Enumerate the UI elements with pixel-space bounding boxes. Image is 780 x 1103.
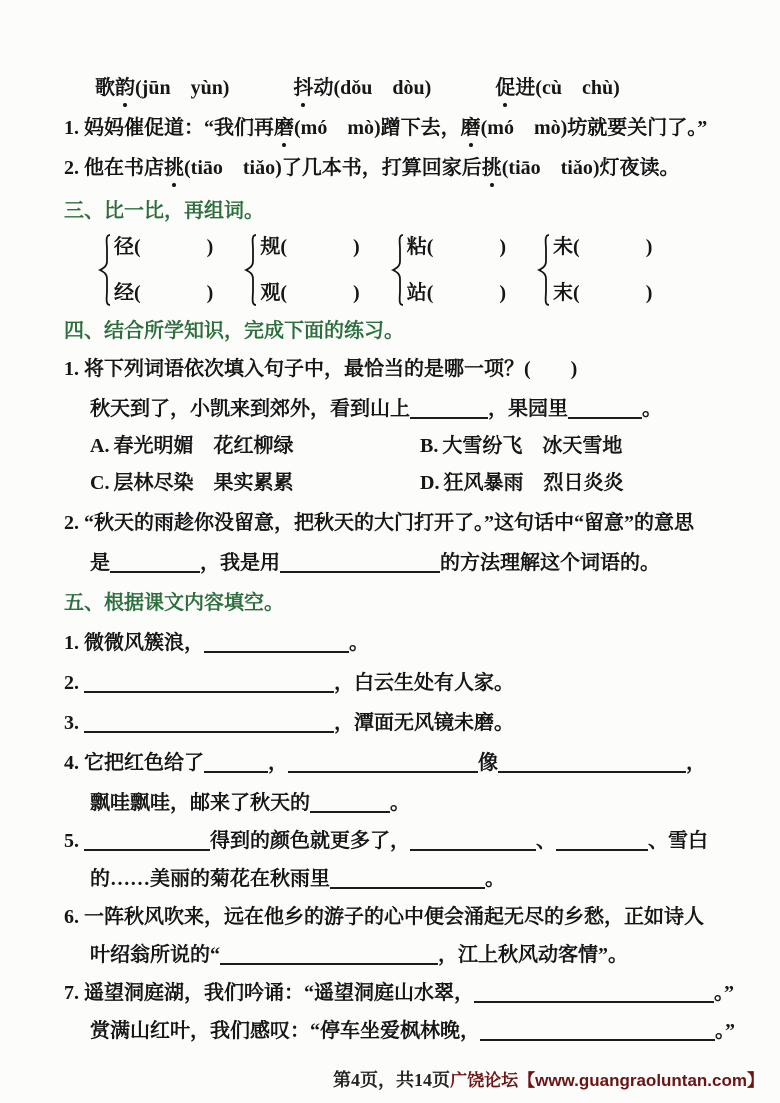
fill-item-7-line-1: 7.遥望洞庭湖，我们吟诵：“遥望洞庭山水翠，。” xyxy=(64,980,750,1006)
option-label: B. xyxy=(420,433,438,459)
option-text: 大雪纷飞 冰天雪地 xyxy=(442,435,622,457)
fill-item-5-line-1: 5.得到的颜色就更多了，、、雪白 xyxy=(64,828,750,854)
sentence-text: ，江上秋风动客情”。 xyxy=(438,944,628,966)
item-number: 3. xyxy=(64,710,79,736)
section-4-heading: 四、结合所学知识，完成下面的练习。 xyxy=(64,318,750,344)
word-char: 规 xyxy=(260,236,280,258)
dotted-char: 磨 xyxy=(461,115,481,141)
item-number: 1. xyxy=(64,115,79,141)
sentence-text: 。” xyxy=(714,982,734,1004)
blank-underline xyxy=(498,751,686,773)
blank-underline xyxy=(84,829,210,851)
pinyin-options: (jūn yùn) xyxy=(135,77,229,99)
blank-underline xyxy=(556,829,648,851)
paren-open: ( xyxy=(134,236,141,258)
option-b: B.大雪纷飞 冰天雪地 xyxy=(420,435,622,457)
option-label: D. xyxy=(420,470,439,496)
paren-open: ( xyxy=(427,282,434,304)
sentence-text: 。 xyxy=(349,632,369,654)
section-5-heading: 五、根据课文内容填空。 xyxy=(64,590,750,616)
word-char: 粘 xyxy=(407,236,427,258)
item-number: 2. xyxy=(64,510,79,536)
option-c: C.层林尽染 果实累累 xyxy=(90,470,415,496)
brace-icon xyxy=(390,233,404,307)
dotted-char: 韵 xyxy=(115,75,135,101)
question-1-fill-sentence: 秋天到了，小凯来到郊外，看到山上，果园里。 xyxy=(64,396,750,422)
blank-underline xyxy=(474,981,714,1003)
item-number: 5. xyxy=(64,828,79,854)
fill-item-4-line-1: 4.它把红色给了，像， xyxy=(64,750,750,776)
sentence-text: ， xyxy=(686,752,706,774)
word-char: 末 xyxy=(553,282,573,304)
pinyin-options: (cù chù) xyxy=(535,77,619,99)
paren-open: ( xyxy=(134,282,141,304)
word-pair-group: 规() 观() xyxy=(243,232,359,308)
fill-item-5-line-2: 的……美丽的菊花在秋雨里。 xyxy=(64,866,750,892)
paren-close: ) xyxy=(353,236,360,258)
item-number: 1. xyxy=(64,630,79,656)
sentence-text: ，潭面无风镜未磨。 xyxy=(334,712,514,734)
word-char: 观 xyxy=(260,282,280,304)
sentence-text: 遥望洞庭湖，我们吟诵：“遥望洞庭山水翠， xyxy=(84,982,474,1004)
fill-item-7-line-2: 赏满山红叶，我们感叹：“停车坐爱枫林晚，。” xyxy=(64,1018,750,1044)
fill-item-2: 2.，白云生处有人家。 xyxy=(64,670,750,696)
paren-close: ) xyxy=(207,282,214,304)
paren-close: ) xyxy=(646,282,653,304)
option-text: 狂风暴雨 烈日炎炎 xyxy=(443,472,623,494)
brace-icon xyxy=(97,233,111,307)
option-a: A.春光明媚 花红柳绿 xyxy=(90,433,415,459)
word-char: 动 xyxy=(313,77,333,99)
paren-close: ) xyxy=(499,282,506,304)
sentence-text: 是 xyxy=(90,552,110,574)
fill-item-4-line-2: 飘哇飘哇，邮来了秋天的。 xyxy=(64,790,750,816)
brace-icon xyxy=(536,233,550,307)
word-char: 未 xyxy=(553,236,573,258)
word-pair-group: 未() 末() xyxy=(536,232,652,308)
sentence-text: 一阵秋风吹来，远在他乡的游子的心中便会涌起无尽的乡愁，正如诗人 xyxy=(84,906,704,928)
blank-underline xyxy=(568,397,642,419)
blank-underline xyxy=(204,751,268,773)
sentence-text: ，白云生处有人家。 xyxy=(334,672,514,694)
word-char: 歌 xyxy=(95,77,115,99)
sentence-text: 赏满山红叶，我们感叹：“停车坐爱枫林晚， xyxy=(90,1020,480,1042)
options-row-cd: C.层林尽染 果实累累 D.狂风暴雨 烈日炎炎 xyxy=(64,470,750,496)
blank-underline xyxy=(410,397,488,419)
blank-underline xyxy=(288,751,478,773)
paren-close: ) xyxy=(499,236,506,258)
dotted-char: 挑 xyxy=(482,155,502,181)
word-char: 站 xyxy=(407,282,427,304)
option-d: D.狂风暴雨 烈日炎炎 xyxy=(420,472,623,494)
paren-open: ( xyxy=(573,282,580,304)
blank-underline xyxy=(204,631,349,653)
section-3-heading: 三、比一比，再组词。 xyxy=(64,198,750,224)
question-text: 将下列词语依次填入句子中，最恰当的是哪一项？( ) xyxy=(84,358,577,380)
sentence-text: 。 xyxy=(642,398,662,420)
page-number: 第4页，共14页 xyxy=(333,1066,450,1092)
paren-open: ( xyxy=(427,236,434,258)
pinyin-sentence-2: 2.他在书店挑(tiāo tiǎo)了几本书，打算回家后挑(tiāo tiǎo)… xyxy=(64,155,750,181)
paren-open: ( xyxy=(573,236,580,258)
sentence-text: 他在书店 xyxy=(84,157,164,179)
pinyin-word: 促进(cù chù) xyxy=(495,75,619,101)
dotted-char: 磨 xyxy=(274,115,294,141)
blank-underline xyxy=(310,791,390,813)
dotted-char: 抖 xyxy=(293,75,313,101)
item-number: 2. xyxy=(64,155,79,181)
brace-icon xyxy=(243,233,257,307)
pinyin-word-row: 歌韵(jūn yùn) 抖动(dǒu dòu) 促进(cù chù) xyxy=(95,75,750,101)
pinyin-options: (dǒu dòu) xyxy=(333,77,431,99)
word-pair-section: 径() 经() 规() 观() 粘() 站() xyxy=(97,232,750,308)
sentence-text: 。 xyxy=(485,868,505,890)
blank-underline xyxy=(84,711,334,733)
sentence-text: 像 xyxy=(478,752,498,774)
option-text: 春光明媚 花红柳绿 xyxy=(113,435,293,457)
option-label: A. xyxy=(90,433,109,459)
sentence-text: (tiāo tiǎo)灯夜读。 xyxy=(502,157,680,179)
dotted-char: 促 xyxy=(495,75,515,101)
dotted-char: 挑 xyxy=(164,155,184,181)
sentence-text: (tiāo tiǎo)了几本书，打算回家后 xyxy=(184,157,482,179)
question-1: 1.将下列词语依次填入句子中，最恰当的是哪一项？( ) xyxy=(64,356,750,382)
worksheet-page: 歌韵(jūn yùn) 抖动(dǒu dòu) 促进(cù chù) 1.妈妈催… xyxy=(0,0,780,1103)
forum-watermark: 广饶论坛【www.guangraoluntan.com】 xyxy=(450,1066,764,1091)
paren-open: ( xyxy=(280,282,287,304)
item-number: 1. xyxy=(64,356,79,382)
pinyin-word: 抖动(dǒu dòu) xyxy=(293,75,431,101)
item-number: 2. xyxy=(64,670,79,696)
item-number: 7. xyxy=(64,980,79,1006)
sentence-text: 的……美丽的菊花在秋雨里 xyxy=(90,868,330,890)
blank-underline xyxy=(110,551,200,573)
blank-underline xyxy=(84,671,334,693)
sentence-text: ，我是用 xyxy=(200,552,280,574)
sentence-text: 的方法理解这个词语的。 xyxy=(440,552,660,574)
pinyin-word: 歌韵(jūn yùn) xyxy=(95,75,229,101)
pinyin-sentence-1: 1.妈妈催促道：“我们再磨(mó mò)蹭下去，磨(mó mò)坊就要关门了。” xyxy=(64,115,750,141)
fill-item-1: 1.微微风簇浪，。 xyxy=(64,630,750,656)
sentence-text: 、雪白 xyxy=(648,830,708,852)
worksheet-content: 歌韵(jūn yùn) 抖动(dǒu dòu) 促进(cù chù) 1.妈妈催… xyxy=(0,0,780,1044)
item-number: 4. xyxy=(64,750,79,776)
fill-item-3: 3.，潭面无风镜未磨。 xyxy=(64,710,750,736)
fill-item-6-line-2: 叶绍翁所说的“，江上秋风动客情”。 xyxy=(64,942,750,968)
item-number: 6. xyxy=(64,904,79,930)
blank-underline xyxy=(410,829,536,851)
word-char: 径 xyxy=(114,236,134,258)
sentence-text: (mó mò)蹭下去， xyxy=(294,117,461,139)
word-char: 进 xyxy=(515,77,535,99)
sentence-text: 、 xyxy=(536,830,556,852)
sentence-text: (mó mò)坊就要关门了。” xyxy=(481,117,708,139)
sentence-text: 它把红色给了 xyxy=(84,752,204,774)
option-text: 层林尽染 果实累累 xyxy=(113,472,293,494)
paren-close: ) xyxy=(353,282,360,304)
paren-close: ) xyxy=(207,236,214,258)
blank-underline xyxy=(280,551,440,573)
option-label: C. xyxy=(90,470,109,496)
sentence-text: 飘哇飘哇，邮来了秋天的 xyxy=(90,792,310,814)
fill-item-6-line-1: 6.一阵秋风吹来，远在他乡的游子的心中便会涌起无尽的乡愁，正如诗人 xyxy=(64,904,750,930)
word-pair-group: 粘() 站() xyxy=(390,232,506,308)
word-char: 经 xyxy=(114,282,134,304)
question-2-line-1: 2.“秋天的雨趁你没留意，把秋天的大门打开了。”这句话中“留意”的意思 xyxy=(64,510,750,536)
question-text: “秋天的雨趁你没留意，把秋天的大门打开了。”这句话中“留意”的意思 xyxy=(84,512,694,534)
sentence-text: 妈妈催促道：“我们再 xyxy=(84,117,274,139)
sentence-text: 秋天到了，小凯来到郊外，看到山上 xyxy=(90,398,410,420)
blank-underline xyxy=(480,1019,715,1041)
question-2-line-2: 是，我是用的方法理解这个词语的。 xyxy=(64,550,750,576)
sentence-text: ， xyxy=(268,752,288,774)
paren-close: ) xyxy=(646,236,653,258)
sentence-text: ，果园里 xyxy=(488,398,568,420)
paren-open: ( xyxy=(280,236,287,258)
options-row-ab: A.春光明媚 花红柳绿 B.大雪纷飞 冰天雪地 xyxy=(64,433,750,459)
sentence-text: 得到的颜色就更多了， xyxy=(210,830,410,852)
sentence-text: 。” xyxy=(715,1020,735,1042)
sentence-text: 微微风簇浪， xyxy=(84,632,204,654)
blank-underline xyxy=(220,943,438,965)
word-pair-group: 径() 经() xyxy=(97,232,213,308)
blank-underline xyxy=(330,867,485,889)
sentence-text: 叶绍翁所说的“ xyxy=(90,944,220,966)
sentence-text: 。 xyxy=(390,792,410,814)
